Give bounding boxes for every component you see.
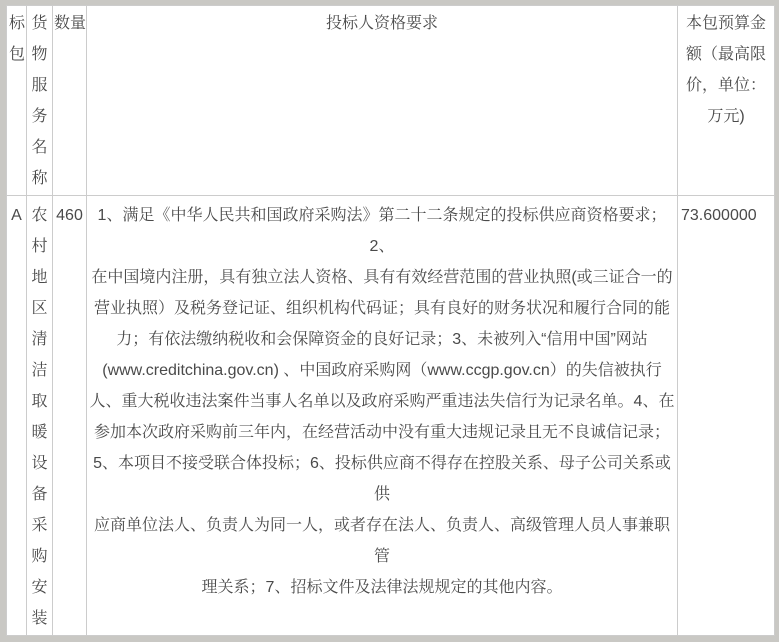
header-goods-name: 货物服务名称 xyxy=(27,6,53,196)
cell-qualification: 1、满足《中华人民共和国政府采购法》第二十二条规定的投标供应商资格要求；2、在中… xyxy=(87,196,678,636)
header-package: 标包 xyxy=(7,6,27,196)
header-row: 标包 货物服务名称 数量 投标人资格要求 本包预算金额（最高限价，单位：万元) xyxy=(7,6,775,196)
cell-package: A xyxy=(7,196,27,636)
cell-goods-name: 农村地区清洁取暖设备采购安装 xyxy=(27,196,53,636)
cell-quantity: 460 xyxy=(53,196,87,636)
header-qualification: 投标人资格要求 xyxy=(87,6,678,196)
table-row: A 农村地区清洁取暖设备采购安装 460 1、满足《中华人民共和国政府采购法》第… xyxy=(7,196,775,636)
cell-budget: 73.600000 xyxy=(678,196,775,636)
header-quantity: 数量 xyxy=(53,6,87,196)
bid-package-table: 标包 货物服务名称 数量 投标人资格要求 本包预算金额（最高限价，单位：万元) … xyxy=(6,5,775,636)
page-background: 标包 货物服务名称 数量 投标人资格要求 本包预算金额（最高限价，单位：万元) … xyxy=(0,0,779,642)
header-budget: 本包预算金额（最高限价，单位：万元) xyxy=(678,6,775,196)
